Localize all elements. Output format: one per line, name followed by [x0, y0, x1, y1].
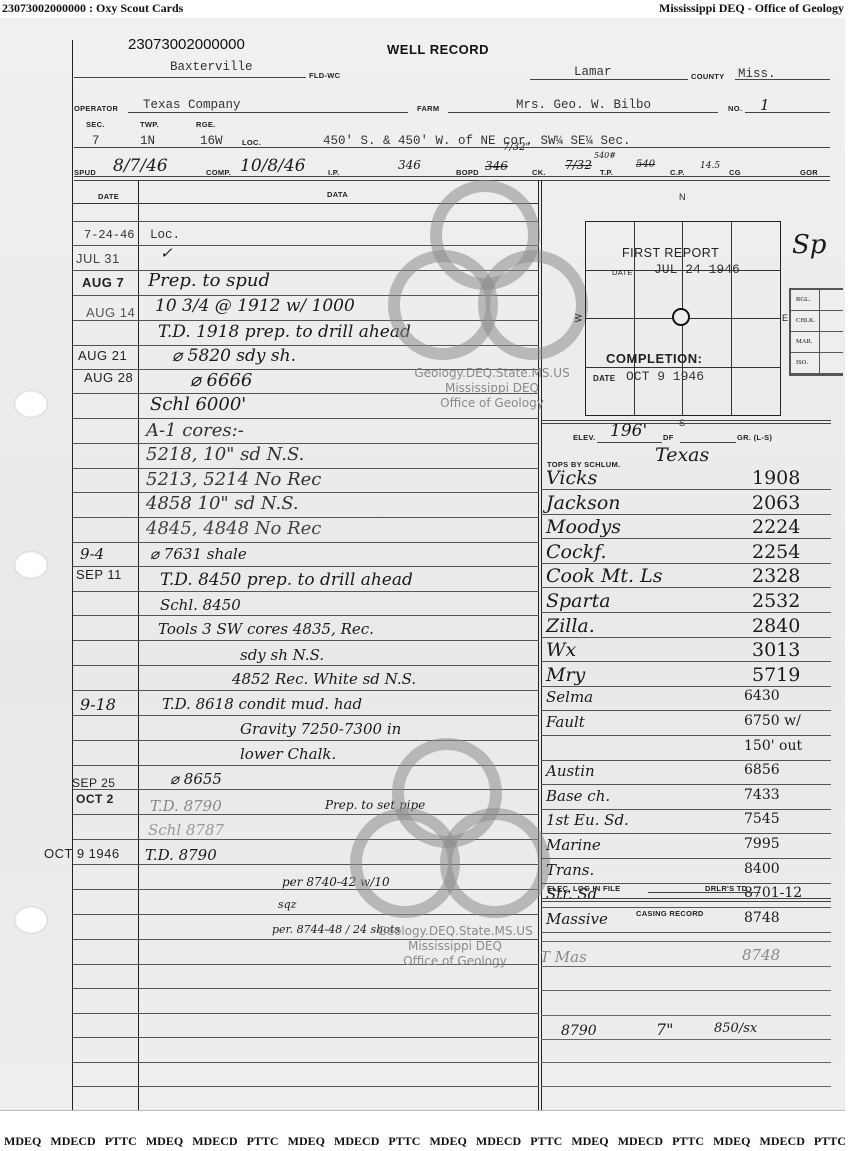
footer-tag: MDECD: [476, 1134, 521, 1149]
casing-top-depth: 8748: [742, 946, 780, 964]
ruled-line: [73, 914, 539, 915]
tops-source: Texas: [655, 444, 709, 466]
ruled-line: [73, 542, 539, 543]
formation-name: Zilla.: [546, 615, 595, 637]
field-label: FLD-WC: [309, 71, 340, 80]
page-header: 23073002000000 : Oxy Scout Cards Mississ…: [0, 0, 850, 18]
log-date: AUG 21: [78, 348, 127, 363]
watermark-line: Office of Geology: [355, 954, 555, 969]
location-underline: [74, 147, 830, 148]
gr-label: GR. (L-S): [737, 433, 772, 442]
spud-underline: [74, 176, 830, 177]
punch-hole: [14, 906, 48, 934]
ruled-line: [73, 665, 539, 666]
log-date: 9-18: [80, 695, 116, 714]
log-data: 4845, 4848 No Rec: [146, 518, 321, 539]
log-data: T.D. 1918 prep. to drill ahead: [158, 322, 411, 342]
footer-tag: PTTC: [814, 1134, 846, 1149]
formation-name: 1st Eu. Sd.: [546, 811, 629, 829]
date-header: DATE: [98, 192, 119, 201]
formation-depth: 7433: [744, 787, 780, 803]
formation-name: Trans.: [546, 861, 594, 879]
footer-tag: MDEQ: [146, 1134, 183, 1149]
watermark-line: Geology.DEQ.State.MS.US: [392, 366, 592, 381]
operator-label: OPERATOR: [74, 104, 118, 113]
ruled-line: [541, 990, 831, 991]
formation-depth: 3013: [752, 639, 800, 661]
county-value: Lamar: [574, 65, 612, 79]
bopd-struck: 346: [485, 159, 508, 173]
formation-depth: 2063: [752, 492, 800, 514]
casing-title: CASING RECORD: [636, 909, 704, 918]
map-east: E: [782, 313, 788, 323]
formation-depth: 8748: [744, 910, 780, 926]
ruled-line: [541, 538, 831, 539]
check-box-cell: CHLK.: [791, 311, 843, 332]
footer-tag: MDECD: [334, 1134, 379, 1149]
formation-depth: 6750 w/: [744, 713, 801, 729]
log-date: OCT 2: [76, 792, 114, 806]
ck-struck: 7/32: [565, 158, 592, 172]
formation-name: Base ch.: [546, 787, 610, 805]
loc-label: LOC.: [242, 138, 261, 147]
ruled-line: [541, 710, 831, 711]
header-double-rule: [74, 180, 830, 181]
log-date: 7-24-46: [84, 228, 134, 242]
formation-depth: 2840: [752, 615, 800, 637]
first-report-label: FIRST REPORT: [622, 246, 719, 260]
log-data: 5213, 5214 No Rec: [146, 469, 321, 490]
footer-tag: MDEQ: [288, 1134, 325, 1149]
formation-name: Jackson: [546, 492, 621, 514]
map-rule-2: [541, 423, 831, 424]
ck-note: 7/32": [503, 142, 530, 153]
formation-name: Sparta: [546, 590, 611, 612]
ip-value: 346: [398, 158, 421, 172]
footer-tag: PTTC: [672, 1134, 704, 1149]
footer-tag: PTTC: [105, 1134, 137, 1149]
footer-tag: MDECD: [192, 1134, 237, 1149]
ruled-line: [541, 514, 831, 515]
ruled-line: [541, 1062, 831, 1063]
page-footer: MDEQMDECDPTTCMDEQMDECDPTTCMDEQMDECDPTTCM…: [0, 1134, 850, 1149]
df-label: DF: [663, 433, 674, 442]
formation-name: Marine: [546, 836, 601, 854]
ruled-line: [541, 735, 831, 736]
ruled-line: [541, 637, 831, 638]
rge-value: 16W: [200, 134, 223, 148]
farm-underline: [448, 112, 718, 113]
ruled-line: [73, 715, 539, 716]
log-date: 9-4: [80, 545, 104, 563]
watermark-logo-ring: [440, 808, 550, 918]
ruled-line: [73, 492, 539, 493]
formation-depth: 150' out: [744, 738, 802, 754]
log-data: T.D. 8450 prep. to drill ahead: [160, 570, 413, 590]
map-west: W: [573, 314, 583, 323]
first-report-date: JUL 24 1946: [654, 262, 740, 277]
log-date: SEP 11: [76, 567, 122, 582]
ruled-line: [73, 566, 539, 567]
ruled-line: [541, 563, 831, 564]
footer-tag: PTTC: [247, 1134, 279, 1149]
check-box-stamp: RGL. CHLK. MAR. ISO.: [789, 288, 843, 376]
log-data: T.D. 8790: [145, 846, 217, 864]
completion-date: OCT 9 1946: [626, 369, 704, 384]
casing-size: 7": [656, 1020, 674, 1039]
formation-depth: 6856: [744, 762, 780, 778]
well-location-marker: [672, 308, 690, 326]
spud-value: 8/7/46: [113, 156, 168, 176]
footer-tag: MDECD: [760, 1134, 805, 1149]
completion-date-label: DATE: [593, 374, 615, 383]
df-underline: [680, 442, 736, 443]
no-underline: [745, 112, 830, 113]
ruled-line: [73, 615, 539, 616]
log-data: ⌀ 5820 sdy sh.: [172, 346, 296, 366]
formation-depth: 2254: [752, 541, 800, 563]
log-data: lower Chalk.: [240, 745, 336, 763]
ruled-line: [541, 612, 831, 613]
log-date: AUG 14: [86, 305, 135, 320]
ruled-line: [73, 690, 539, 691]
formation-name: Mry: [546, 664, 585, 686]
ruled-line: [541, 661, 831, 662]
ruled-line: [541, 941, 831, 942]
formation-depth: 2532: [752, 590, 800, 612]
casing-depth: 8790: [561, 1023, 597, 1039]
footer-tag: MDECD: [618, 1134, 663, 1149]
log-data: Schl. 8450: [160, 596, 241, 614]
ruled-line: [541, 858, 831, 859]
log-data: Tools 3 SW cores 4835, Rec.: [158, 620, 374, 638]
document-id-title: 23073002000000 : Oxy Scout Cards: [2, 1, 183, 16]
log-data: ✓: [160, 244, 173, 262]
log-data: 10 3/4 @ 1912 w/ 1000: [155, 296, 355, 316]
log-date: AUG 28: [84, 370, 133, 385]
ruled-line: [73, 443, 539, 444]
casing-top-note: T Mas: [540, 948, 587, 966]
location-value: 450' S. & 450' W. of NE cor. SW¼ SE¼ Sec…: [323, 134, 631, 148]
log-data: 5218, 10" sd N.S.: [146, 444, 304, 465]
log-data: Schl 8787: [148, 821, 224, 839]
watermark-line: Mississippi DEQ: [392, 381, 592, 396]
well-number: 23073002000000: [128, 36, 245, 53]
formation-depth: 7995: [744, 836, 780, 852]
log-data: ⌀ 8655: [170, 770, 222, 788]
log-data: Gravity 7250-7300 in: [240, 720, 401, 738]
ruled-line: [541, 587, 831, 588]
watermark-logo-ring: [478, 250, 588, 360]
twp-label: TWP.: [140, 120, 159, 129]
footer-tag: PTTC: [530, 1134, 562, 1149]
footer-tag: MDEQ: [4, 1134, 41, 1149]
farm-label: FARM: [417, 104, 439, 113]
ruled-line: [73, 988, 539, 989]
ruled-line: [541, 784, 831, 785]
first-report-date-label: DATE: [612, 268, 633, 277]
log-data: Schl 6000': [150, 394, 246, 415]
formation-name: Moodys: [546, 516, 621, 538]
log-data: sdy sh N.S.: [240, 646, 324, 664]
elev-value: 196': [610, 421, 647, 441]
formation-depth: 2328: [752, 565, 800, 587]
formation-name: Wx: [546, 639, 576, 661]
formation-name: Austin: [546, 762, 595, 780]
check-box-cell: ISO.: [791, 353, 843, 374]
sec-value: 7: [92, 134, 100, 148]
farm-value: Mrs. Geo. W. Bilbo: [516, 98, 651, 112]
rge-label: RGE.: [196, 120, 216, 129]
watermark-line: Office of Geology: [392, 396, 592, 411]
ruled-line: [541, 489, 831, 490]
field-underline: [74, 77, 306, 78]
ruled-line: [541, 833, 831, 834]
completion-label: COMPLETION:: [606, 351, 703, 366]
log-data: A-1 cores:-: [146, 420, 244, 441]
ruled-line: [541, 686, 831, 687]
county-label: COUNTY: [691, 72, 724, 81]
ruled-line: [541, 1039, 831, 1040]
log-data: ⌀ 7631 shale: [150, 545, 247, 563]
ruled-line: [73, 740, 539, 741]
check-box-cell: MAR.: [791, 332, 843, 353]
state-underline: [735, 79, 830, 80]
footer-tag: MDECD: [50, 1134, 95, 1149]
location-map: FIRST REPORT DATE JUL 24 1946 COMPLETION…: [585, 221, 781, 416]
log-data: T.D. 8790: [150, 797, 222, 815]
card-title: WELL RECORD: [387, 42, 489, 57]
formation-depth: 6430: [744, 688, 780, 704]
ruled-line: [541, 1015, 831, 1016]
log-data: T.D. 8618 condit mud. had: [162, 695, 362, 713]
ruled-line: [73, 1013, 539, 1014]
log-date: OCT 9 1946: [44, 846, 120, 861]
casing-sacks: 850/sx: [714, 1021, 757, 1036]
log-data: Prep. to spud: [148, 270, 270, 291]
field-value: Baxterville: [170, 60, 253, 74]
ruled-line: [541, 809, 831, 810]
log-note: sqz: [278, 898, 296, 911]
ruled-line: [73, 640, 539, 641]
footer-tag: MDEQ: [713, 1134, 750, 1149]
formation-name: Fault: [546, 713, 585, 731]
initials-signature: Sp: [792, 230, 826, 260]
footer-tag: PTTC: [388, 1134, 420, 1149]
log-data: 4858 10" sd N.S.: [146, 493, 299, 514]
ruled-line: [541, 966, 831, 967]
formation-name: Cook Mt. Ls: [546, 565, 663, 587]
watermark-line: Mississippi DEQ: [355, 939, 555, 954]
tops-rule: [541, 898, 831, 899]
watermark-text: Geology.DEQ.State.MS.US Mississippi DEQ …: [392, 366, 592, 411]
ruled-line: [541, 932, 831, 933]
log-data: 4852 Rec. White sd N.S.: [232, 670, 416, 688]
log-data: ⌀ 6666: [190, 370, 252, 391]
formation-depth: 7545: [744, 811, 780, 827]
twp-value: 1N: [140, 134, 155, 148]
tops-rule-2: [541, 901, 831, 902]
no-label: NO.: [728, 104, 742, 113]
ruled-line: [73, 418, 539, 419]
map-rule: [541, 420, 831, 421]
ruled-line: [541, 760, 831, 761]
elec-log-label: ELEC. LOG IN FILE: [547, 884, 620, 893]
elev-underline: [597, 442, 662, 443]
punch-hole: [14, 551, 48, 579]
sec-label: SEC.: [86, 120, 105, 129]
watermark-line: Geology.DEQ.State.MS.US: [355, 924, 555, 939]
card-left-border: [72, 40, 73, 1110]
check-box-cell: RGL.: [791, 290, 843, 311]
footer-tag: MDEQ: [571, 1134, 608, 1149]
watermark-text: Geology.DEQ.State.MS.US Mississippi DEQ …: [355, 924, 555, 969]
formation-name: Vicks: [546, 467, 597, 489]
cp-value: 14.5: [700, 161, 720, 171]
footer-tag: MDEQ: [429, 1134, 466, 1149]
formation-name: Massive: [546, 910, 608, 928]
comp-value: 10/8/46: [240, 156, 306, 176]
data-header: DATA: [327, 190, 348, 199]
log-date: SEP 25: [72, 776, 115, 790]
ruled-line: [541, 1086, 831, 1087]
log-data: Loc.: [150, 228, 180, 242]
scout-card: 23073002000000 WELL RECORD Baxterville F…: [0, 18, 845, 1111]
county-underline: [530, 79, 688, 80]
drlr-td-label: DRLR'S TD: [705, 884, 747, 893]
ruled-line: [541, 907, 831, 908]
tp-struck: 540: [636, 159, 655, 170]
formation-depth: 5719: [752, 664, 800, 686]
ruled-line: [73, 1062, 539, 1063]
map-north: N: [679, 192, 686, 202]
formation-name: Selma: [546, 688, 593, 706]
formation-depth: 2224: [752, 516, 800, 538]
formation-name: Cockf.: [546, 541, 607, 563]
formation-depth: 1908: [752, 467, 800, 489]
source-title: Mississippi DEQ - Office of Geology: [659, 1, 844, 16]
elev-label: ELEV.: [573, 433, 595, 442]
ruled-line: [73, 1037, 539, 1038]
ruled-line: [73, 591, 539, 592]
tp-note: 540#: [594, 151, 616, 160]
ruled-line: [73, 1086, 539, 1087]
punch-hole: [14, 390, 48, 418]
log-date: JUL 31: [76, 251, 120, 266]
operator-value: Texas Company: [143, 98, 241, 112]
formation-depth: 8400: [744, 861, 780, 877]
operator-underline: [128, 112, 408, 113]
log-date: AUG 7: [82, 275, 124, 290]
